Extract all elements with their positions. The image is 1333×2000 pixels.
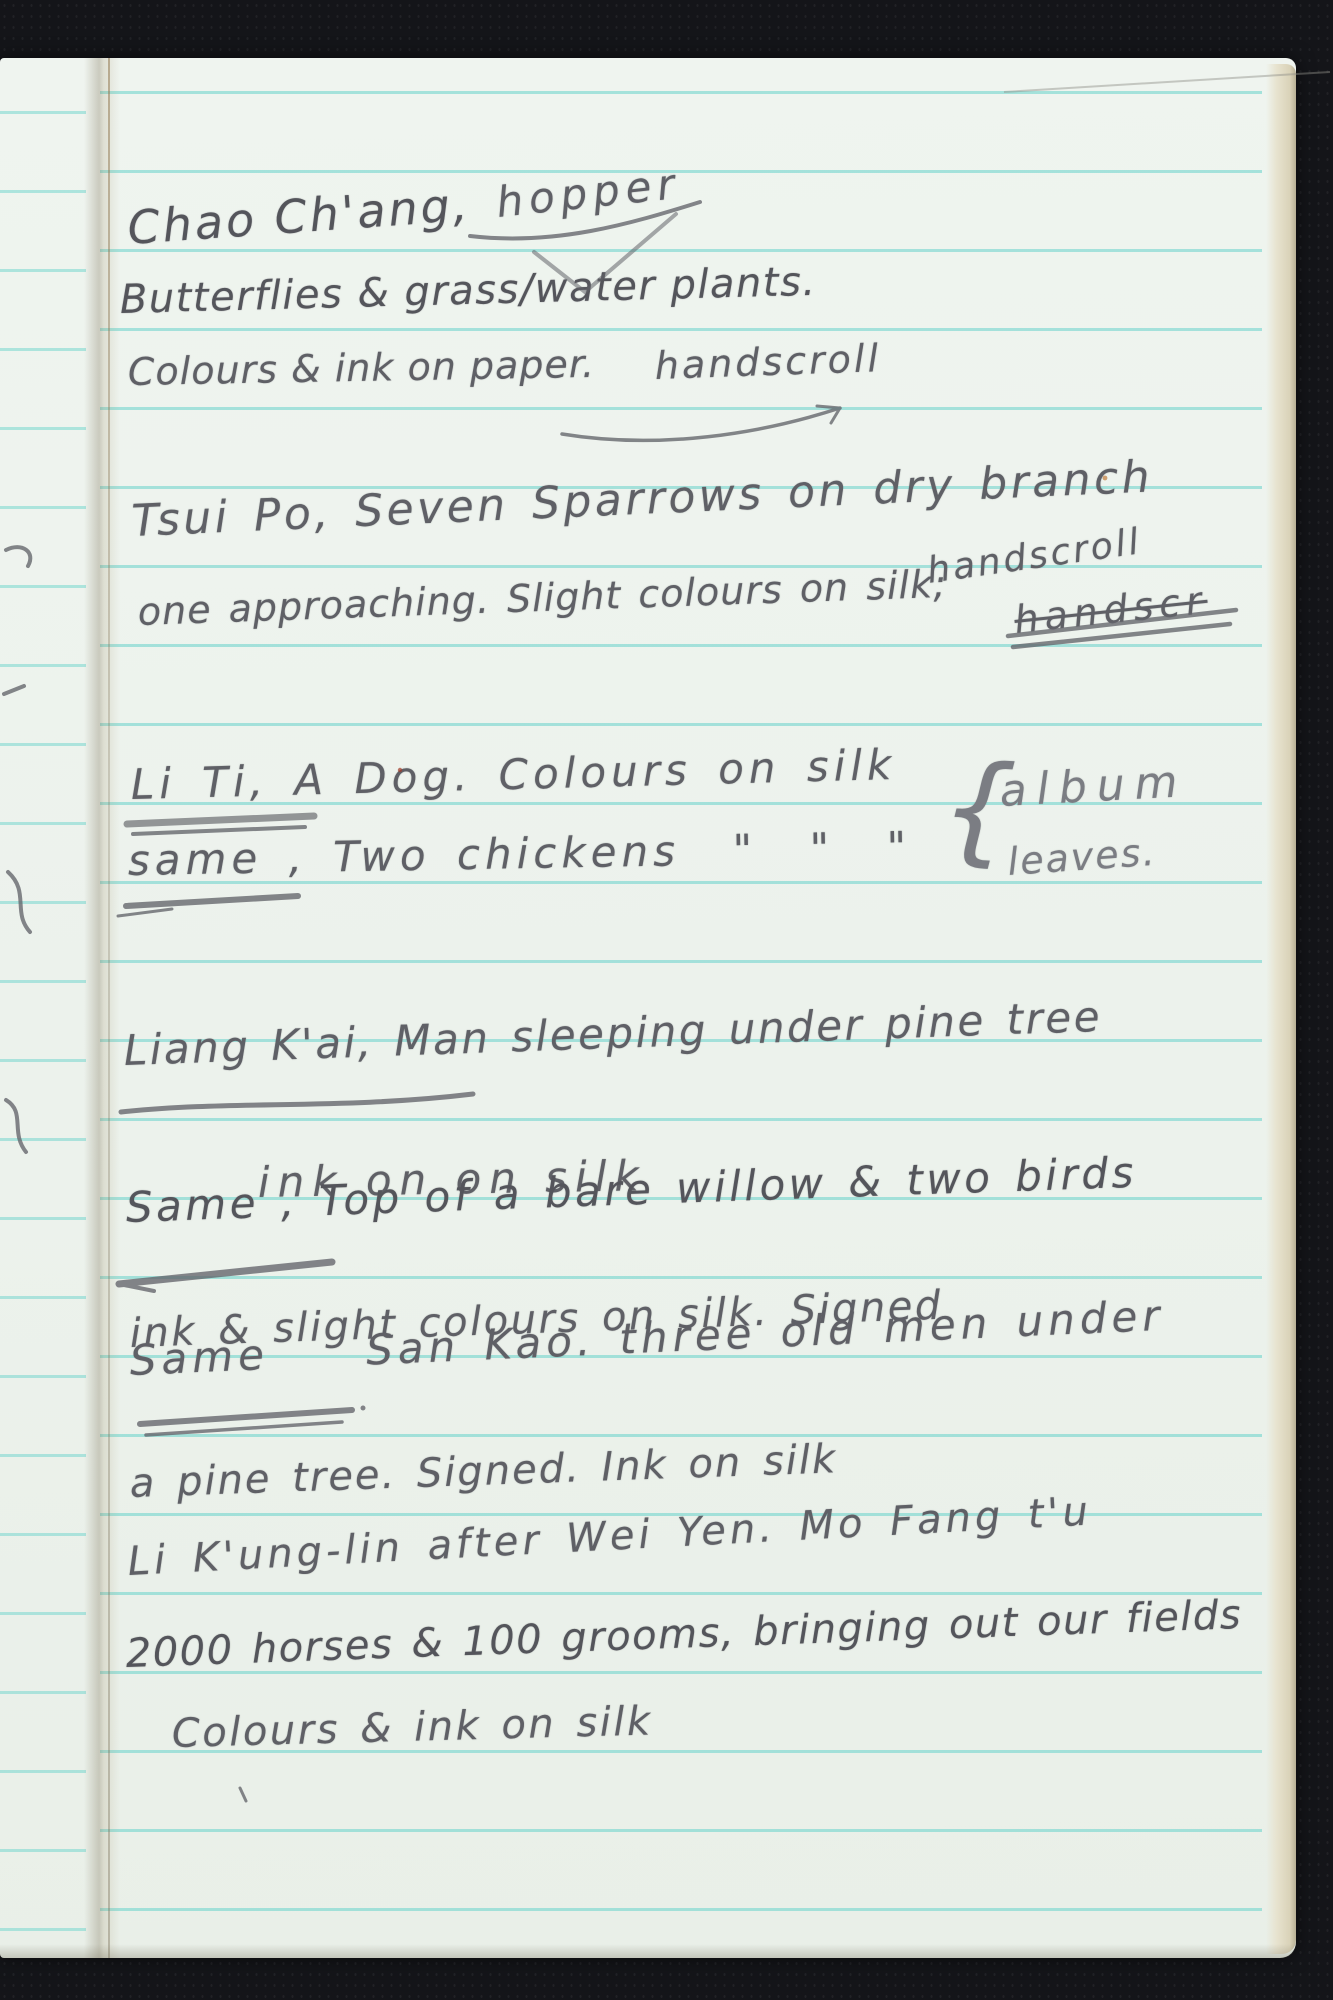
gutter-crease-line <box>108 58 110 1958</box>
entry1-medium-line: Colours & ink on paper. <box>128 344 596 394</box>
facing-page-edge-ruled-lines <box>0 58 86 1952</box>
gutter-crease <box>84 58 120 1958</box>
entry3-brace-top-word: album <box>998 758 1188 816</box>
entry1-format-note: handscroll <box>654 338 882 388</box>
page-bottom-shadow <box>0 1944 1296 1958</box>
scanned-notebook-photo: Chao Ch'ang, hopper Butterflies & grass/… <box>0 0 1333 2000</box>
page-stack-edge <box>1266 64 1296 1954</box>
